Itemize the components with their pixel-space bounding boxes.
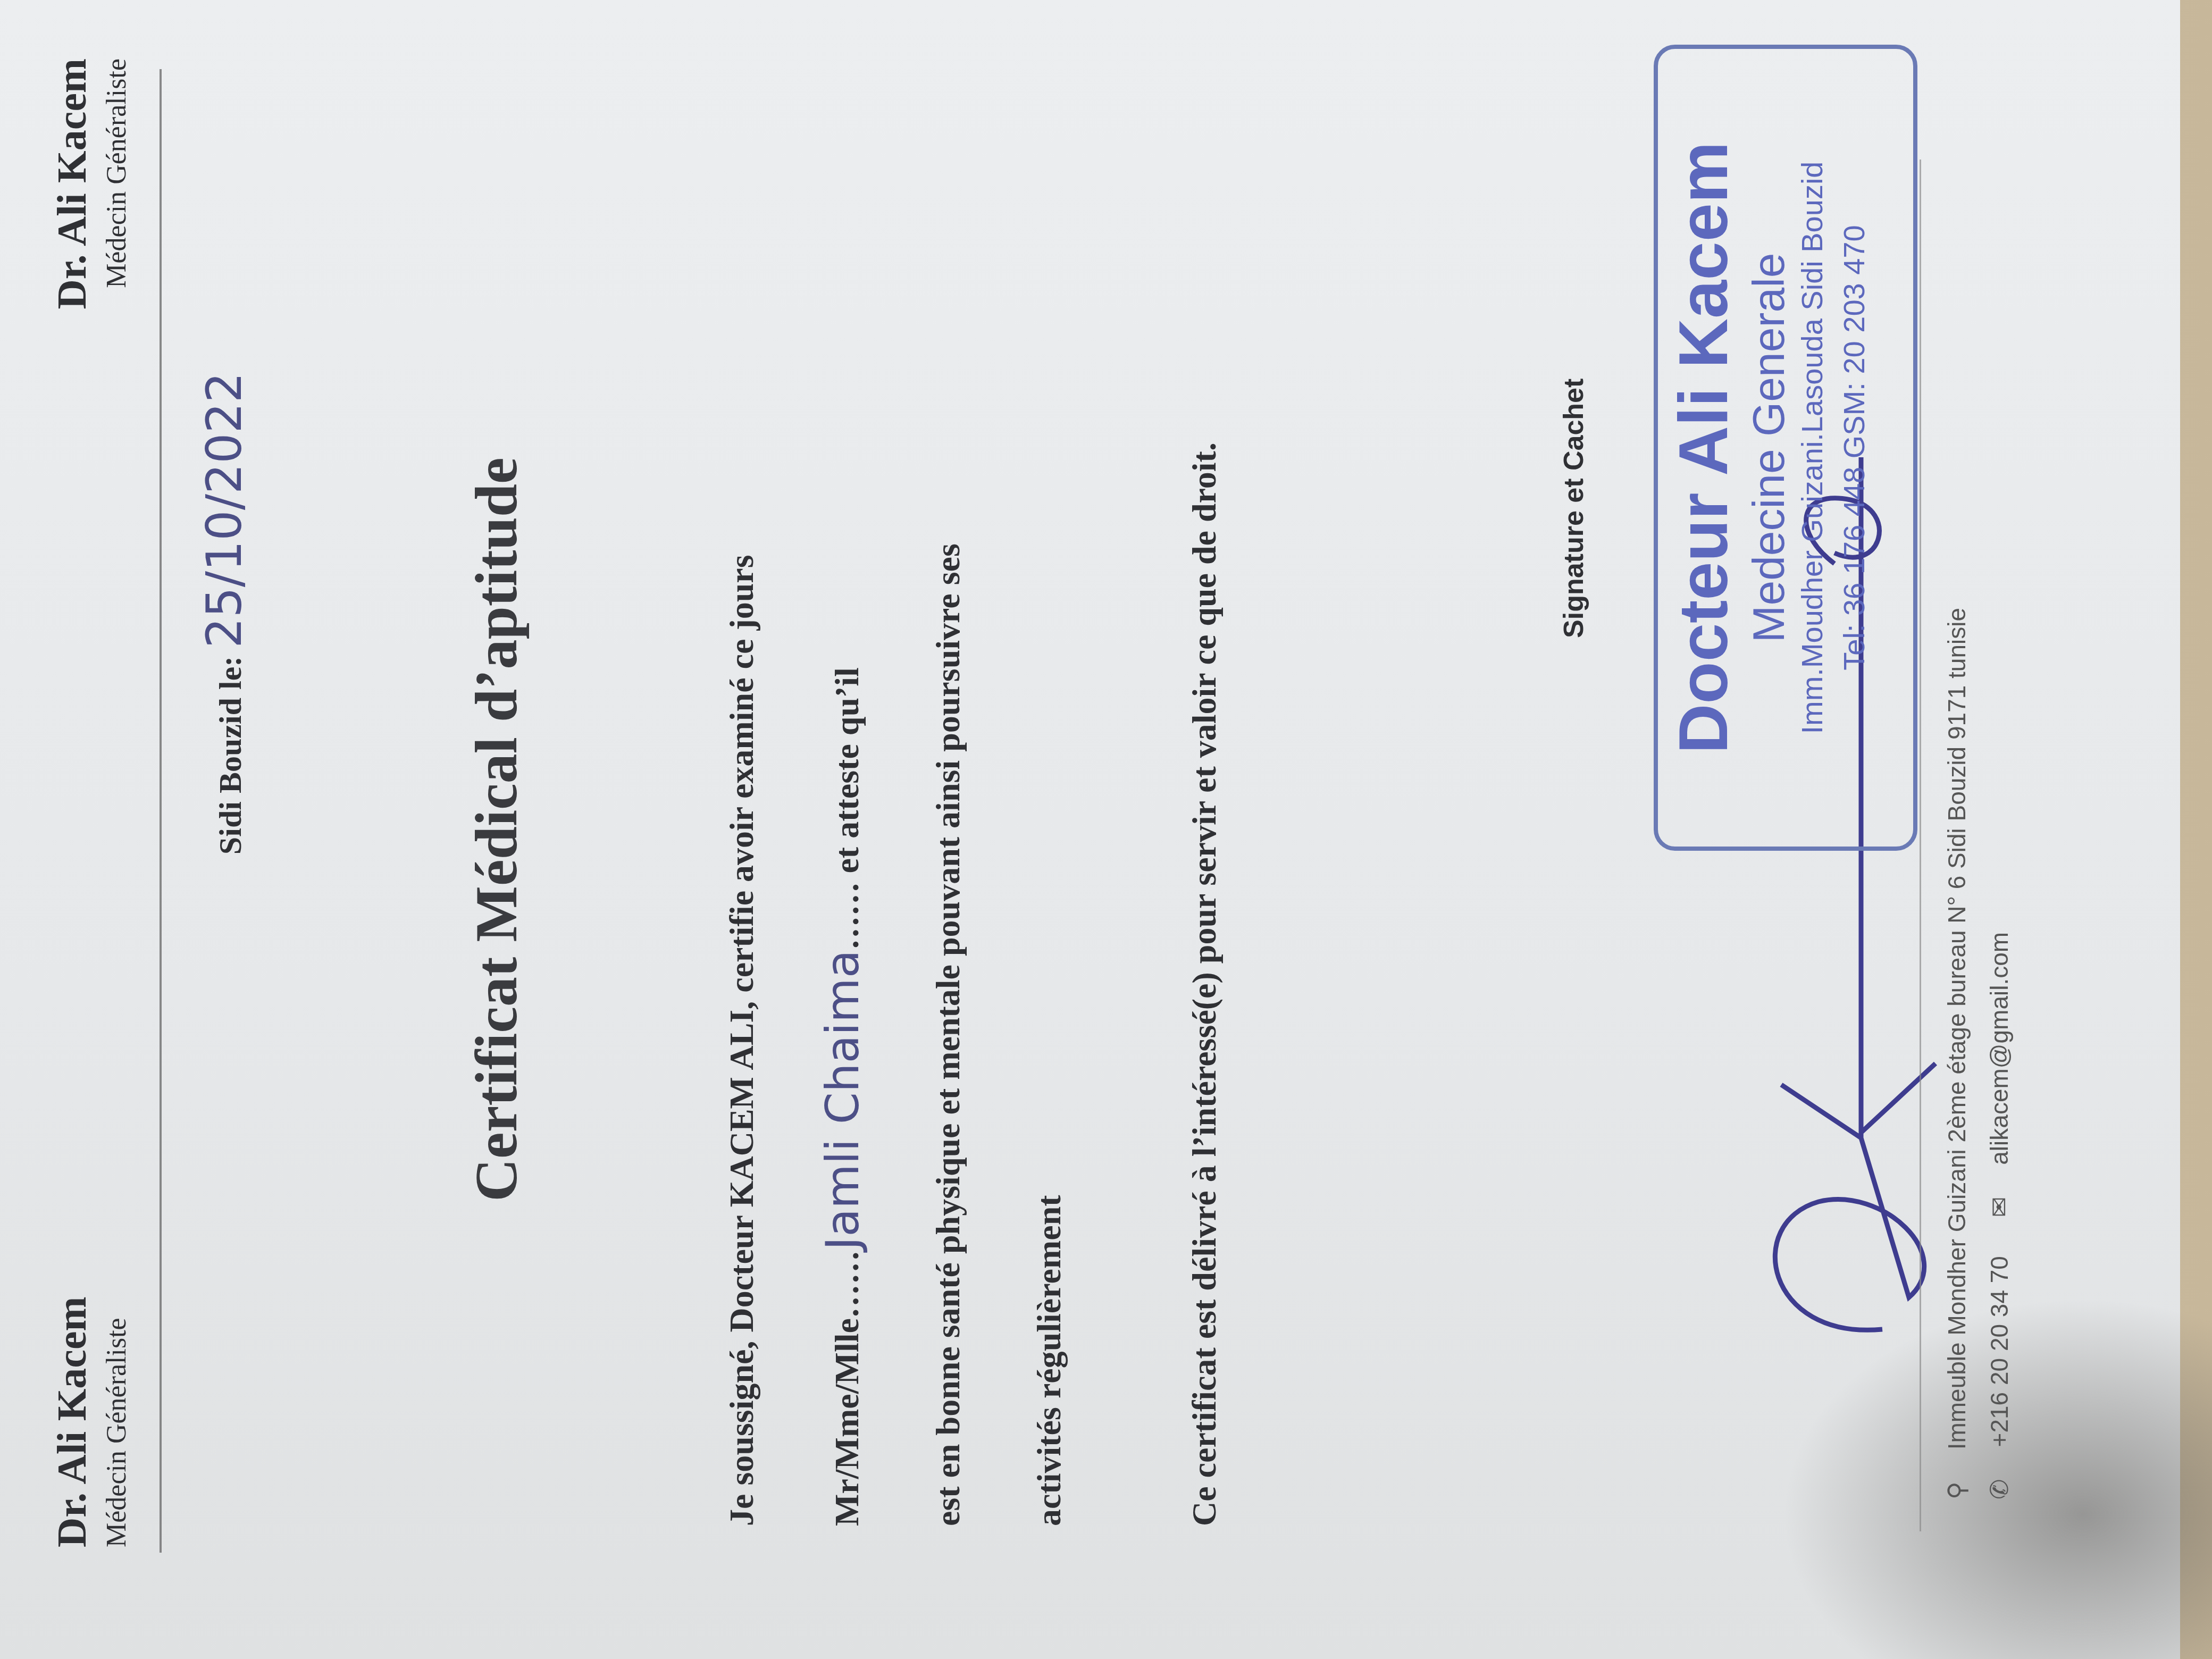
header-right: Dr. Ali Kacem Médecin Généraliste <box>48 58 132 309</box>
certificate-page: Dr. Ali Kacem Médecin Généraliste Dr. Al… <box>0 0 2180 1659</box>
doctor-title-left: Médecin Généraliste <box>101 1296 132 1547</box>
doctor-title-right: Médecin Généraliste <box>101 58 132 309</box>
stamp-line-4: Tel: 36 176 448 GSM: 20 203 470 <box>1837 49 1871 847</box>
signature-label: Signature et Cachet <box>1558 379 1590 638</box>
stamp-line-3: Imm.Moudher Guizani.Lasouda Sidi Bouzid <box>1795 49 1829 847</box>
body-line-2-suffix: …… et atteste qu’il <box>828 667 866 950</box>
footer-email: alikacem@gmail.com <box>1985 932 2013 1165</box>
footer-address: ⚲Immeuble Mondher Guizani 2ème étage bur… <box>1935 576 1978 1499</box>
stamp-line-1: Docteur Ali Kacem <box>1663 49 1743 847</box>
document-title: Certificat Médical d’aptitude <box>463 0 531 1659</box>
body-line-1: Je soussigné, Docteur KACEM ALI, certifi… <box>691 96 792 1526</box>
date-label: Sidi Bouzid le: <box>213 656 248 854</box>
footer-phone: +216 20 20 34 70 <box>1985 1256 2013 1447</box>
doctor-stamp: Docteur Ali Kacem Medecine Generale Imm.… <box>1654 45 1917 851</box>
date-value: 25/10/2022 <box>197 372 253 648</box>
phone-icon: ✆ <box>1985 1479 2013 1499</box>
date-line: Sidi Bouzid le: 25/10/2022 <box>197 372 253 854</box>
header-divider <box>160 69 162 1553</box>
footer-contacts: ✆+216 20 20 34 70 ✉alikacem@gmail.com <box>1978 576 2021 1499</box>
footer-divider <box>1920 160 1921 1531</box>
patient-name: Jamli Chaima <box>816 950 869 1251</box>
certificate-body: Je soussigné, Docteur KACEM ALI, certifi… <box>691 96 1100 1526</box>
location-pin-icon: ⚲ <box>1943 1481 1971 1499</box>
doctor-name-right: Dr. Ali Kacem <box>48 58 96 309</box>
body-line-4: activités régulièrement <box>999 96 1100 1526</box>
doctor-name-left: Dr. Ali Kacem <box>48 1296 96 1547</box>
body-line-2: Mr/Mme/Mlle……Jamli Chaima…… et atteste q… <box>792 96 898 1526</box>
closing-statement: Ce certificat est délivré à l’intéressé(… <box>1154 106 1255 1526</box>
mail-icon: ✉ <box>1985 1197 2013 1218</box>
stamp-line-2: Medecine Generale <box>1743 49 1795 847</box>
header-left: Dr. Ali Kacem Médecin Généraliste <box>48 1296 132 1547</box>
patient-prefix: Mr/Mme/Mlle…… <box>828 1250 866 1526</box>
footer: ⚲Immeuble Mondher Guizani 2ème étage bur… <box>1935 576 2021 1499</box>
body-line-3: est en bonne santé physique et mentale p… <box>898 96 999 1526</box>
